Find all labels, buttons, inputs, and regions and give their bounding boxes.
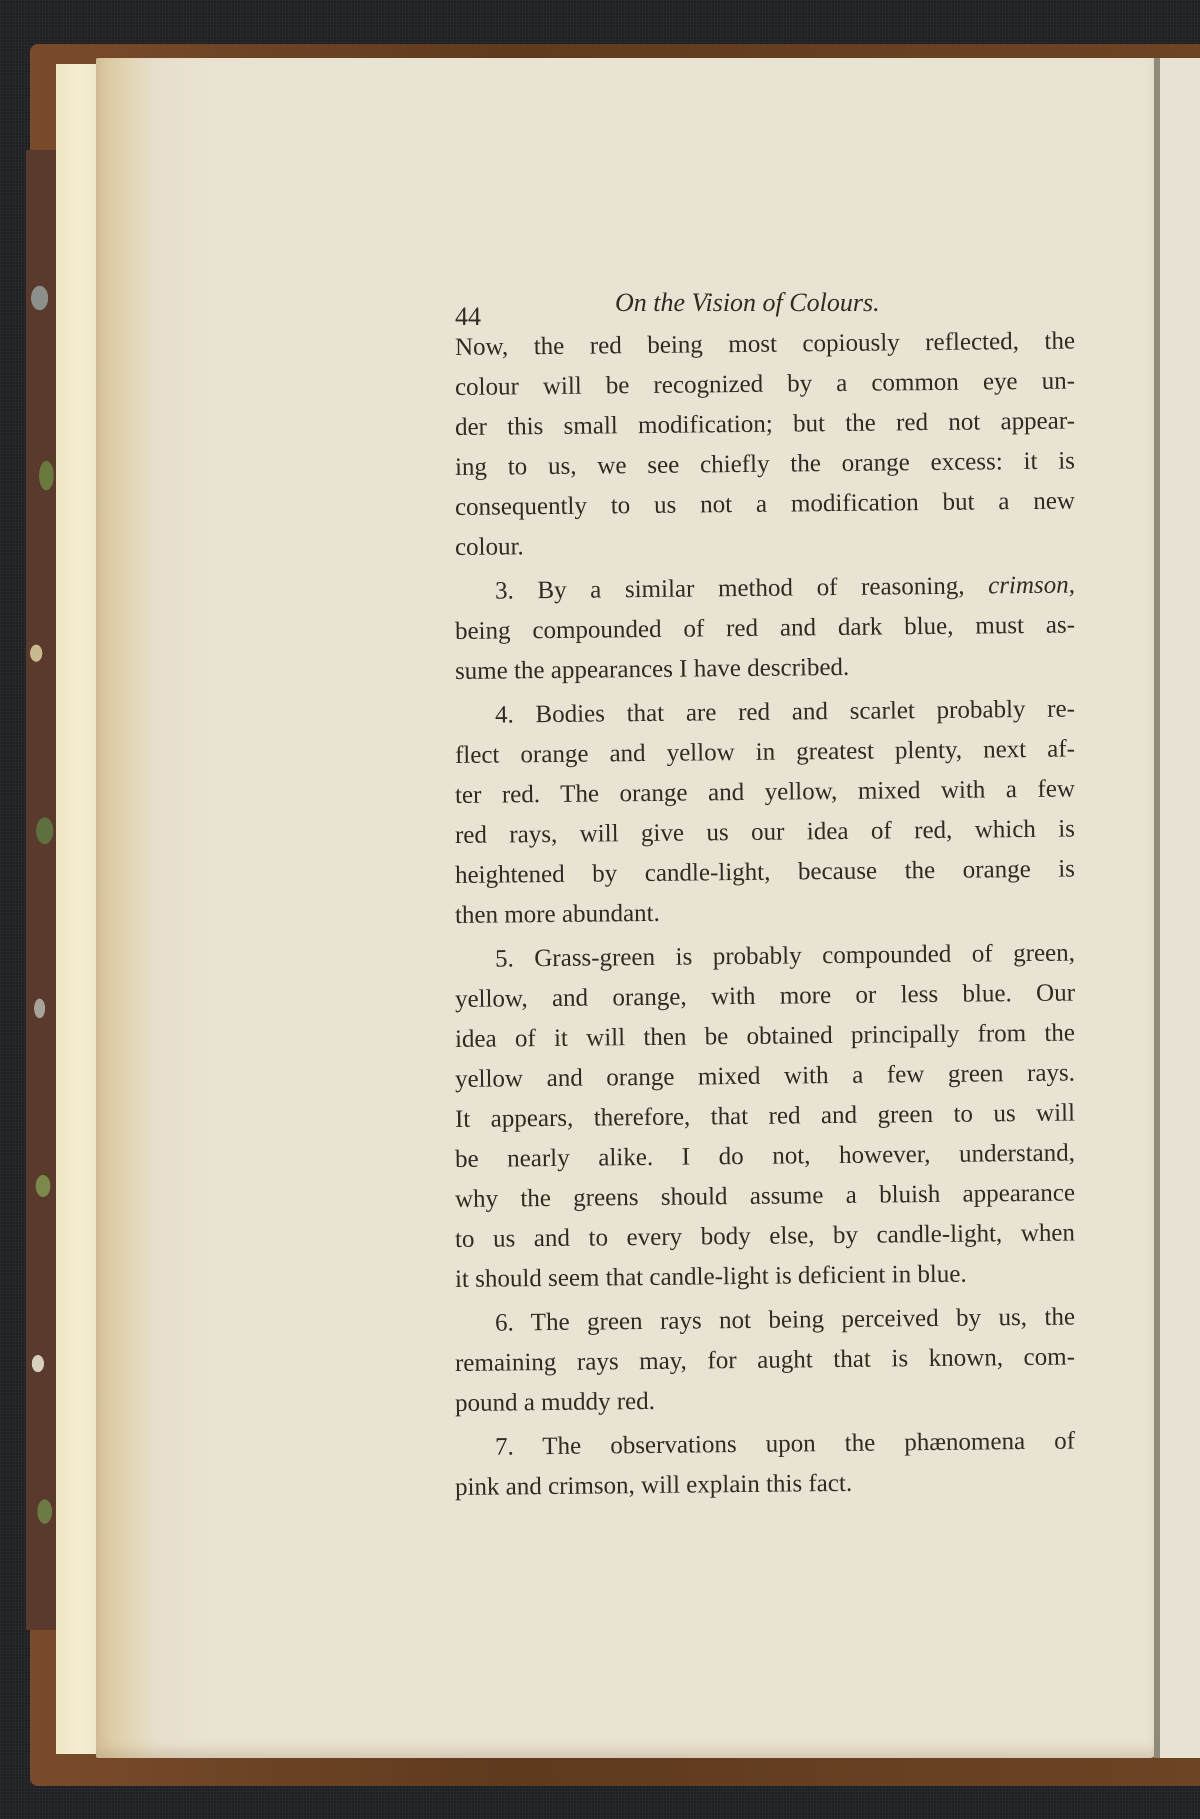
line-text: ter red. The orange and yellow, mixed wi… [455,776,1075,809]
italic-word: crimson, [988,572,1075,600]
line-text: be nearly alike. I do not, however, unde… [455,1140,1075,1173]
facing-page-edge [1160,58,1200,1758]
line-text: consequently to us not a modification bu… [455,488,1075,521]
text-line: remaining rays may, for aught that is kn… [455,1338,1075,1384]
marbled-endpaper [26,150,60,1630]
text-line: 7. The observations upon the phænomena o… [455,1422,1075,1468]
line-text: remaining rays may, for aught that is kn… [455,1344,1075,1377]
line-text: colour will be recognized by a common ey… [455,368,1075,401]
line-text: Now, the red being most copiously reflec… [455,328,1075,361]
text-line: 3. By a similar method of reasoning, cri… [455,566,1075,612]
text-line: heightened by candle-light, because the … [455,850,1075,896]
running-title: On the Vision of Colours. [615,288,880,318]
line-text: why the greens should assume a bluish ap… [455,1180,1075,1213]
text-line: sume the appearances I have described. [455,646,1075,692]
page-content: 44 On the Vision of Colours. Now, the re… [455,288,1095,1508]
line-text: pound a muddy red. [455,1388,655,1417]
line-text: red rays, will give us our idea of red, … [455,816,1075,849]
line-text: 7. The observations upon the phænomena o… [495,1428,1075,1461]
line-text: to us and to every body else, by candle-… [455,1220,1075,1253]
text-line: 5. Grass-green is probably compounded of… [455,934,1075,980]
text-line: why the greens should assume a bluish ap… [455,1174,1075,1220]
line-text: heightened by candle-light, because the … [455,856,1075,889]
text-line: 4. Bodies that are red and scarlet proba… [455,690,1075,736]
line-text: It appears, therefore, that red and gree… [455,1100,1075,1133]
text-line: to us and to every body else, by candle-… [455,1214,1075,1260]
text-line: pound a muddy red. [455,1378,1075,1424]
line-text: pink and crimson, will explain this fact… [455,1470,852,1501]
line-text: colour. [455,533,524,561]
line-text: idea of it will then be obtained princip… [455,1020,1075,1053]
text-line: colour will be recognized by a common ey… [455,362,1075,408]
text-line: colour. [455,522,1075,568]
line-text: 3. By a similar method of reasoning, [495,572,988,604]
text-line: then more abundant. [455,890,1075,936]
line-text: yellow, and orange, with more or less bl… [455,980,1075,1013]
text-line: 6. The green rays not being perceived by… [455,1298,1075,1344]
line-text: 6. The green rays not being perceived by… [495,1304,1075,1337]
text-line: ing to us, we see chiefly the orange exc… [455,442,1075,488]
text-line: yellow, and orange, with more or less bl… [455,974,1075,1020]
line-text: yellow and orange mixed with a few green… [455,1060,1075,1093]
line-text: flect orange and yellow in greatest plen… [455,736,1075,769]
text-line: der this small modification; but the red… [455,402,1075,448]
line-text: ing to us, we see chiefly the orange exc… [455,448,1075,481]
text-line: pink and crimson, will explain this fact… [455,1462,1075,1508]
text-line: red rays, will give us our idea of red, … [455,810,1075,856]
line-text: 5. Grass-green is probably compounded of… [495,940,1075,973]
line-text: then more abundant. [455,900,660,929]
text-line: being compounded of red and dark blue, m… [455,606,1075,652]
text-line: ter red. The orange and yellow, mixed wi… [455,770,1075,816]
text-line: It appears, therefore, that red and gree… [455,1094,1075,1140]
text-line: flect orange and yellow in greatest plen… [455,730,1075,776]
line-text: it should seem that candle-light is defi… [455,1261,967,1293]
text-line: it should seem that candle-light is defi… [455,1254,1075,1300]
text-line: yellow and orange mixed with a few green… [455,1054,1075,1100]
body-text: Now, the red being most copiously reflec… [455,328,1095,1508]
text-line: consequently to us not a modification bu… [455,482,1075,528]
line-text: being compounded of red and dark blue, m… [455,612,1075,645]
text-line: Now, the red being most copiously reflec… [455,322,1075,368]
text-line: be nearly alike. I do not, however, unde… [455,1134,1075,1180]
line-text: der this small modification; but the red… [455,408,1075,441]
line-text: sume the appearances I have described. [455,654,850,685]
line-text: 4. Bodies that are red and scarlet proba… [495,696,1075,729]
text-line: idea of it will then be obtained princip… [455,1014,1075,1060]
